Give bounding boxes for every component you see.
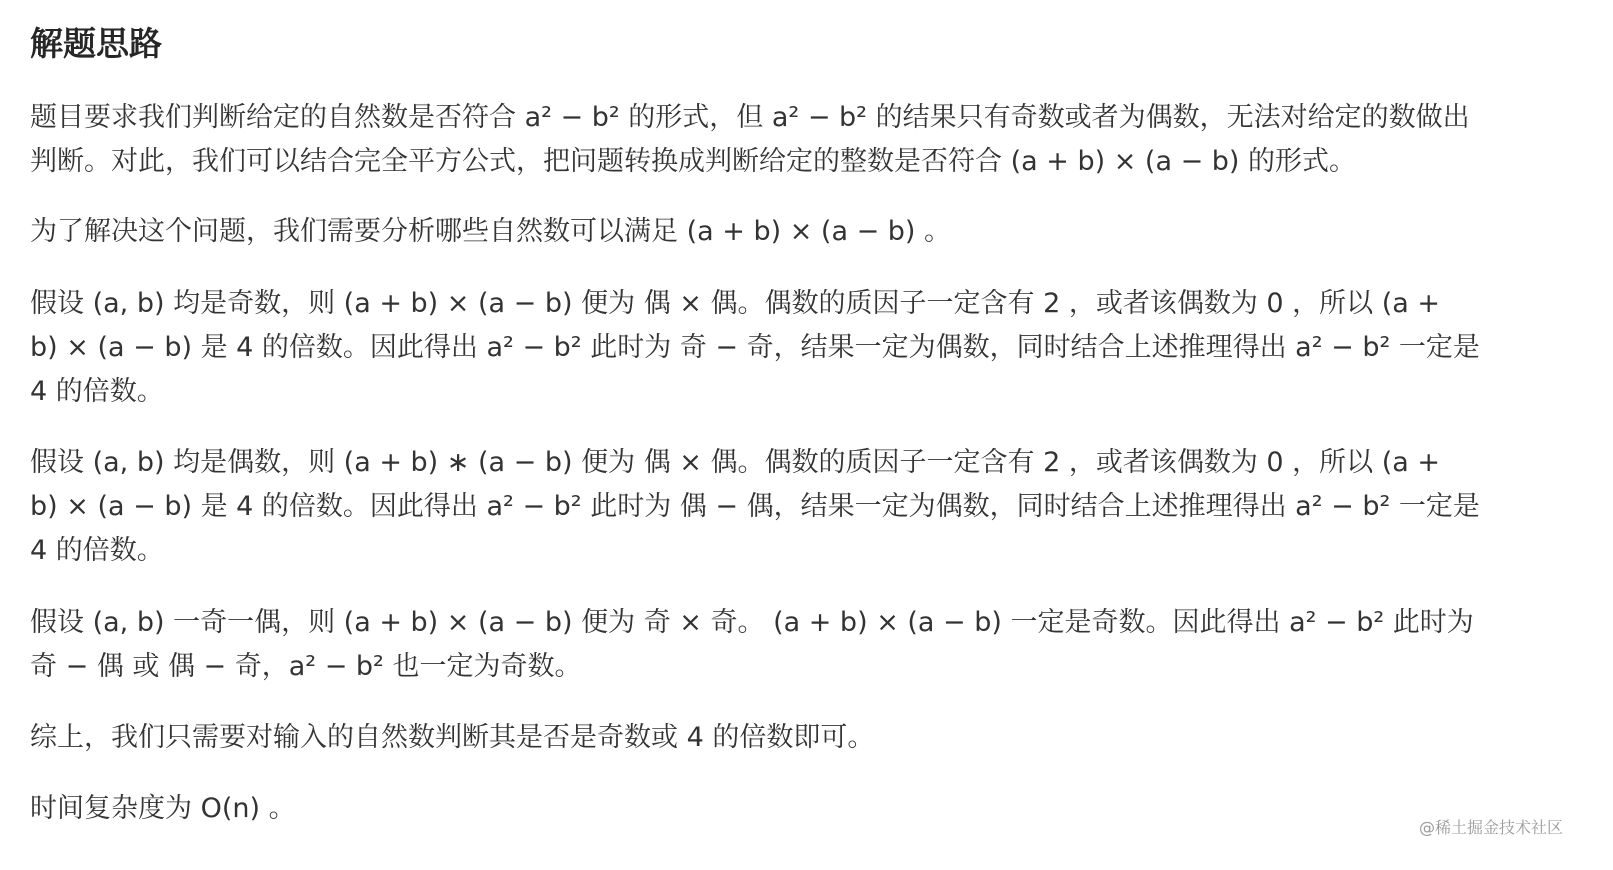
- watermark: @稀土掘金技术社区: [1419, 815, 1563, 838]
- text-line: 时间复杂度为 O(n) 。: [30, 787, 1590, 831]
- text-line: 题目要求我们判断给定的自然数是否符合 a² − b² 的形式，但 a² − b²…: [30, 96, 1590, 140]
- text-line: 4 的倍数。: [30, 529, 1590, 573]
- paragraph-case-odd-odd: 假设 (a, b) 均是奇数，则 (a + b) × (a − b) 便为 偶 …: [30, 282, 1590, 414]
- paragraph-conclusion: 综上，我们只需要对输入的自然数判断其是否是奇数或 4 的倍数即可。: [30, 716, 1590, 760]
- section-heading: 解题思路: [30, 18, 162, 65]
- text-line: 4 的倍数。: [30, 370, 1590, 414]
- paragraph-intro: 题目要求我们判断给定的自然数是否符合 a² − b² 的形式，但 a² − b²…: [30, 96, 1590, 184]
- paragraph-goal: 为了解决这个问题，我们需要分析哪些自然数可以满足 (a + b) × (a − …: [30, 210, 1590, 254]
- text-line: 假设 (a, b) 均是偶数，则 (a + b) ∗ (a − b) 便为 偶 …: [30, 441, 1590, 485]
- text-line: b) × (a − b) 是 4 的倍数。因此得出 a² − b² 此时为 奇 …: [30, 326, 1590, 370]
- text-line: 假设 (a, b) 均是奇数，则 (a + b) × (a − b) 便为 偶 …: [30, 282, 1590, 326]
- paragraph-case-odd-even: 假设 (a, b) 一奇一偶，则 (a + b) × (a − b) 便为 奇 …: [30, 601, 1590, 689]
- text-line: 综上，我们只需要对输入的自然数判断其是否是奇数或 4 的倍数即可。: [30, 716, 1590, 760]
- paragraph-complexity: 时间复杂度为 O(n) 。: [30, 787, 1590, 831]
- text-line: 奇 − 偶 或 偶 − 奇，a² − b² 也一定为奇数。: [30, 645, 1590, 689]
- paragraph-case-even-even: 假设 (a, b) 均是偶数，则 (a + b) ∗ (a − b) 便为 偶 …: [30, 441, 1590, 573]
- text-line: 假设 (a, b) 一奇一偶，则 (a + b) × (a − b) 便为 奇 …: [30, 601, 1590, 645]
- text-line: 判断。对此，我们可以结合完全平方公式，把问题转换成判断给定的整数是否符合 (a …: [30, 140, 1590, 184]
- text-line: b) × (a − b) 是 4 的倍数。因此得出 a² − b² 此时为 偶 …: [30, 485, 1590, 529]
- text-line: 为了解决这个问题，我们需要分析哪些自然数可以满足 (a + b) × (a − …: [30, 210, 1590, 254]
